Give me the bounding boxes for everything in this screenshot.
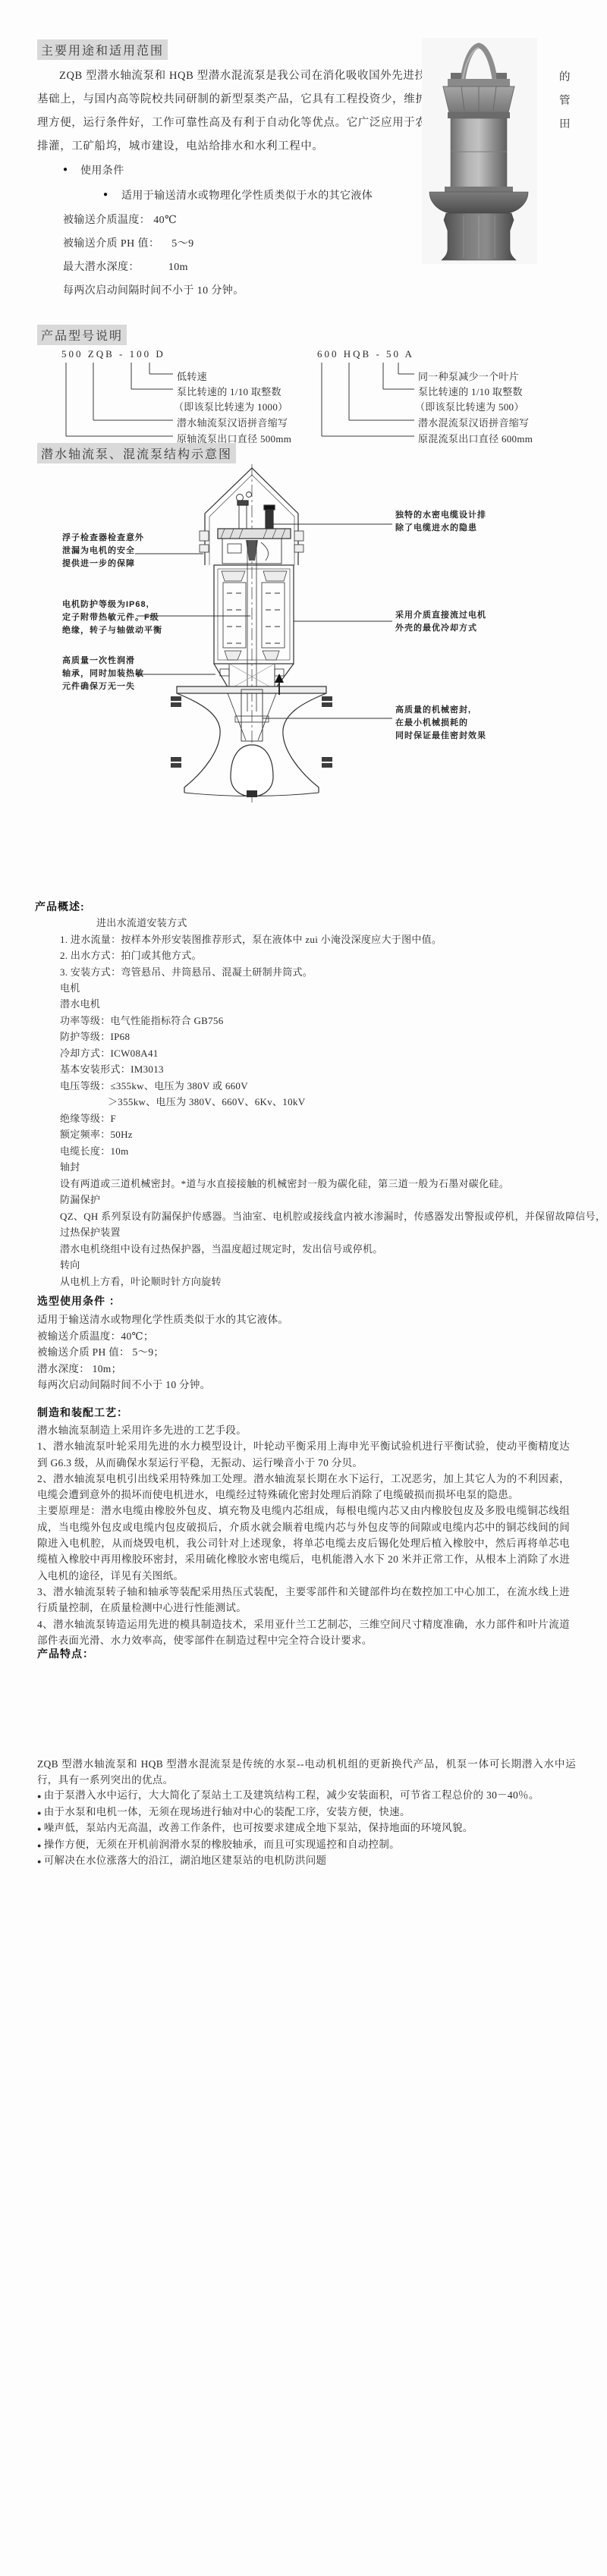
model-label: （即该泵比转速为 500） xyxy=(415,399,524,413)
model-label: 泵比转速的 1/10 取整数 xyxy=(418,384,523,398)
motor-spec-line: 潜水电机 xyxy=(60,996,100,1010)
pump-photo-drawing xyxy=(422,38,537,264)
bullet-icon: ● xyxy=(37,1792,42,1800)
intro-line: 基础上，与国内高等院校共同研制的新型泵类产品，它具有工程投资少，维护 xyxy=(37,90,426,106)
diagram-callout-right: 独特的水密电缆设计排 除了电缆进水的隐患 xyxy=(395,509,486,535)
motor-spec-line: ＞355kw、电压为 380V、660V、6Kv、10kV xyxy=(108,1094,305,1108)
diagram-callout-left: 电机防护等级为IP68, 定子附带热敏元件。F级 绝缘，转子与轴做动平衡 xyxy=(62,598,162,637)
motor-spec-line: QZ、QH 系列泵设有防漏保护传感器。当油室、电机腔或接线盒内被水渗漏时，传感器… xyxy=(60,1208,605,1223)
diagram-callout-left: 浮子检查器检查意外 泄漏为电机的安全 提供进一步的保障 xyxy=(62,532,144,570)
structure-diagram-drawing xyxy=(0,461,607,844)
pump-photo xyxy=(422,38,537,264)
section-heading-structure: 潜水轴流泵、混流泵结构示意图 xyxy=(37,443,236,463)
spec-label: 最大潜水深度： xyxy=(63,262,140,273)
manufacturing-paragraphs: 潜水轴流泵制造上采用许多先进的工艺手段。 1、潜水轴流泵叶轮采用先进的水力模型设… xyxy=(37,1422,570,1648)
manufacturing-paragraph: 2、潜水轴流泵电机引出线采用特殊加工处理。潜水轴流泵长期在水下运行，工况恶劣，加… xyxy=(37,1471,570,1503)
motor-spec-line: 潜水电机绕组中设有过热保护器，当温度超过规定时，发出信号或停机。 xyxy=(60,1241,383,1255)
bullet-icon: ● xyxy=(37,1809,42,1817)
product-document-page: 主要用途和适用范围 ZQB 型潜水轴流泵和 HQB 型潜水混流泵是我公司在消化吸… xyxy=(0,0,607,2576)
section-heading-model: 产品型号说明 xyxy=(37,325,127,345)
overview-item: 2. 出水方式：拍门或其他方式。 xyxy=(60,947,202,962)
start-interval-note: 每两次启动间隔时间不小于 10 分钟。 xyxy=(63,282,244,297)
motor-spec-line: 电机 xyxy=(60,980,80,994)
motor-spec-line: 基本安装形式：IM3013 xyxy=(60,1061,164,1076)
section-heading-selection: 选型使用条件 ： xyxy=(37,1293,121,1308)
selection-line: 被输送介质 PH 值： 5～9； xyxy=(37,1343,164,1359)
intro-wrap-char: 管 xyxy=(559,92,571,108)
motor-spec-line: 设有两道或三道机械密封。*道与水直接接触的机械密封一般为碳化硅，第三道一般为石墨… xyxy=(60,1176,509,1190)
manufacturing-paragraph: 3、潜水轴流泵转子轴和轴承等装配采用热压式装配，主要零部件和关键部件均在数控加工… xyxy=(37,1584,570,1616)
motor-spec-line: 电压等级：≤355kw、电压为 380V 或 660V xyxy=(60,1078,248,1092)
bullet-icon: ● xyxy=(37,1858,42,1865)
motor-spec-line: 功率等级：电气性能指标符合 GB756 xyxy=(60,1013,224,1027)
motor-spec-line: 轴封 xyxy=(60,1159,80,1173)
model-label: 泵比转速的 1/10 取整数 xyxy=(177,384,281,398)
model-label: 同一种泵减少一个叶片 xyxy=(418,369,519,383)
model-label: （即该泵比转速为 1000） xyxy=(174,399,288,413)
selection-line: 潜水深度： 10m； xyxy=(37,1360,121,1375)
feature-item: ●由于水泵和电机一体，无须在现场进行轴对中心的装配工序，安装方便，快速。 xyxy=(37,1805,576,1821)
spec-label: 被输送介质 PH 值： xyxy=(63,238,159,250)
overview-subheading: 进出水流道安装方式 xyxy=(96,915,187,929)
bullet-icon: ● xyxy=(103,190,108,199)
spec-label: 被输送介质温度： xyxy=(63,215,150,226)
section-heading-overview: 产品概述: xyxy=(35,899,85,914)
diagram-callout-right: 高质量的机械密封, 在最小机械损耗的 同时保证最佳密封效果 xyxy=(395,704,486,743)
motor-spec-line: 冷却方式：ICW08A41 xyxy=(60,1045,159,1060)
motor-spec-line: 防漏保护 xyxy=(60,1192,100,1206)
feature-item: ●操作方便，无须在开机前润滑水泵的橡胶轴承，而且可实现遥控和自动控制。 xyxy=(37,1837,576,1854)
bullet-icon: ● xyxy=(63,165,68,174)
motor-spec-line: 转向 xyxy=(60,1257,80,1271)
feature-item: ●噪声低，泵站内无高温，改善工作条件，也可按要求建成全地下泵站，保持地面的环境风… xyxy=(37,1820,576,1837)
motor-spec-line: 从电机上方看，叶论顺时针方向旋转 xyxy=(60,1274,222,1288)
diagram-callout-left: 高质量一次性润滑 轴承，同时加装热敏 元件确保万无一失 xyxy=(62,655,144,693)
condition-item: 适用于输送清水或物理化学性质类似于水的其它液体 xyxy=(121,187,373,203)
spec-line: 最大潜水深度：10m xyxy=(63,259,188,274)
feature-item: ●由于泵潜入水中运行，大大简化了泵站土工及建筑结构工程，减少安装面积，可节省工程… xyxy=(37,1788,576,1805)
intro-line: 排灌，工矿船坞，城市建设，电站给排水和水利工程中。 xyxy=(37,137,324,153)
motor-spec-line: 防护等级：IP68 xyxy=(60,1029,130,1043)
section-heading-usage: 主要用途和适用范围 xyxy=(37,39,168,60)
features-intro: ZQB 型潜水轴流泵和 HQB 型潜水混流泵是传统的水泵--电动机机组的更新换代… xyxy=(37,1757,576,1788)
feature-text: 噪声低，泵站内无高温，改善工作条件，也可按要求建成全地下泵站，保持地面的环境风貌… xyxy=(44,1822,473,1833)
overview-item: 1. 进水流量：按样本外形安装图推荐形式，泵在液体中 zui 小淹没深度应大于图… xyxy=(60,931,442,946)
intro-wrap-char: 田 xyxy=(559,115,571,131)
features-block: ZQB 型潜水轴流泵和 HQB 型潜水混流泵是传统的水泵--电动机机组的更新换代… xyxy=(37,1757,576,1870)
selection-line: 适用于输送清水或物理化学性质类似于水的其它液体。 xyxy=(37,1311,288,1326)
feature-text: 由于水泵和电机一体，无须在现场进行轴对中心的装配工序，安装方便，快速。 xyxy=(44,1806,410,1817)
diagram-callout-right: 采用介质直接流过电机 外壳的最优冷却方式 xyxy=(395,609,486,635)
manufacturing-paragraph: 主要原理是：潜水电缆由橡胶外包皮、填充物及电缆内芯组成，每根电缆内芯又由内橡胶包… xyxy=(37,1503,570,1583)
motor-spec-line: 额定频率：50Hz xyxy=(60,1126,133,1141)
motor-spec-line: 电缆长度：10m xyxy=(60,1143,129,1158)
section-heading-manufacturing: 制造和装配工艺： xyxy=(37,1405,128,1420)
feature-text: 可解决在水位涨落大的沿江，湖泊地区建泵站的电机防洪问题 xyxy=(44,1855,327,1866)
spec-line: 被输送介质温度：40℃ xyxy=(63,212,177,227)
overview-item: 3. 安装方式：弯管悬吊、井筒悬吊、混凝土研制井筒式。 xyxy=(60,964,313,979)
bullet-icon: ● xyxy=(37,1842,42,1849)
intro-wrap-char: 的 xyxy=(559,68,571,84)
manufacturing-paragraph: 1、潜水轴流泵叶轮采用先进的水力模型设计，叶轮动平衡采用上海申光平衡试验机进行平… xyxy=(37,1438,570,1471)
motor-spec-line: 绝缘等级：F xyxy=(60,1111,116,1125)
spec-value: 5～9 xyxy=(171,238,193,250)
motor-spec-line: 过热保护装置 xyxy=(60,1224,121,1239)
conditions-title: 使用条件 xyxy=(80,162,124,177)
model-label: 潜水混流泵汉语拼音缩写 xyxy=(418,415,529,429)
model-label: 低转速 xyxy=(177,369,207,383)
selection-line: 被输送介质温度：40℃； xyxy=(37,1327,154,1343)
spec-value: 40℃ xyxy=(153,215,177,226)
model-label: 原混流泵出口直径 600mm xyxy=(418,431,533,445)
intro-line: ZQB 型潜水轴流泵和 HQB 型潜水混流泵是我公司在消化吸收国外先进技术 xyxy=(59,67,438,83)
manufacturing-paragraph: 4、潜水轴流泵铸造运用先进的模具制造技术，采用亚什兰工艺制芯，三维空间尺寸精度准… xyxy=(37,1616,570,1649)
model-label: 潜水轴流泵汉语拼音缩写 xyxy=(177,415,288,429)
selection-line: 每两次启动间隔时间不小于 10 分钟。 xyxy=(37,1376,210,1391)
manufacturing-paragraph: 潜水轴流泵制造上采用许多先进的工艺手段。 xyxy=(37,1422,570,1438)
section-heading-features: 产品特点： xyxy=(37,1646,94,1661)
spec-value: 10m xyxy=(168,262,188,273)
intro-line: 理方便，运行条件好，工作可靠性高及有利于自动化等优点。它广泛应用于农 xyxy=(37,114,426,130)
feature-text: 由于泵潜入水中运行，大大简化了泵站土工及建筑结构工程，减少安装面积，可节省工程总… xyxy=(44,1789,539,1801)
feature-item: ●可解决在水位涨落大的沿江，湖泊地区建泵站的电机防洪问题 xyxy=(37,1853,576,1870)
feature-text: 操作方便，无须在开机前润滑水泵的橡胶轴承，而且可实现遥控和自动控制。 xyxy=(44,1839,400,1850)
bullet-icon: ● xyxy=(37,1825,42,1833)
spec-line: 被输送介质 PH 值：5～9 xyxy=(63,235,194,250)
